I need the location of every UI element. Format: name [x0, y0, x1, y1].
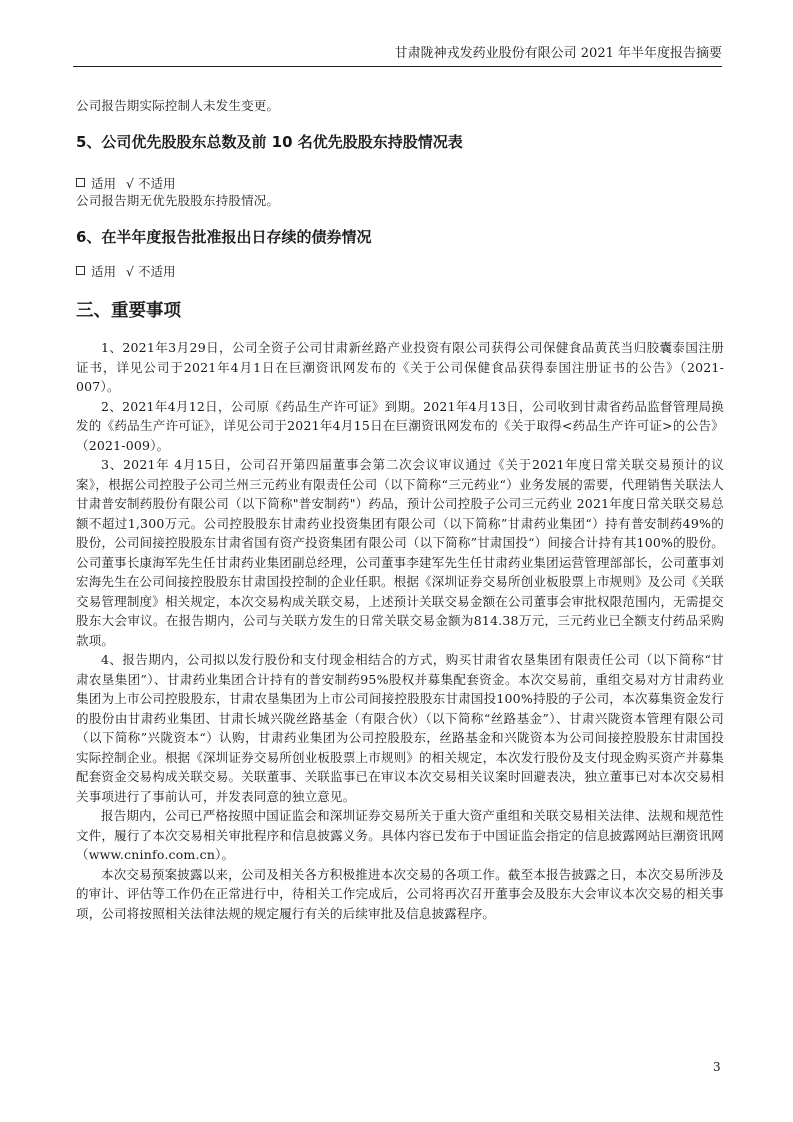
page-number: 3 [713, 1060, 721, 1074]
intro-text: 公司报告期实际控制人未发生变更。 [76, 96, 724, 116]
section-6-applicability: 适用 √ 不适用 [76, 262, 724, 281]
paragraph-6: 本次交易预案披露以来，公司及相关各方积极推进本次交易的各项工作。截至本报告披露之… [76, 865, 724, 924]
check-mark-icon: √ [126, 264, 134, 279]
unchecked-box-icon [76, 178, 85, 187]
paragraph-2: 2、2021年4月12日，公司原《药品生产许可证》到期。2021年4月13日，公… [76, 397, 724, 456]
not-applicable-label: 不适用 [138, 264, 176, 279]
paragraph-1: 1、2021年3月29日，公司全资子公司甘肃新丝路产业投资有限公司获得公司保健食… [76, 338, 724, 397]
section-6-heading: 6、在半年度报告批准报出日存续的债券情况 [76, 226, 371, 247]
check-mark-icon: √ [126, 176, 134, 191]
major-section-heading: 三、重要事项 [76, 297, 181, 322]
unchecked-box-icon [76, 266, 85, 275]
paragraph-3: 3、2021年 4月15日，公司召开第四届董事会第二次会议审议通过《关于2021… [76, 455, 724, 650]
paragraph-4: 4、报告期内，公司拟以发行股份和支付现金相结合的方式，购买甘肃省农垦集团有限责任… [76, 650, 724, 806]
applicable-label: 适用 [91, 264, 116, 279]
header-title: 甘肃陇神戎发药业股份有限公司 2021 年半年度报告摘要 [395, 46, 722, 61]
section-5-heading: 5、公司优先股股东总数及前 10 名优先股股东持股情况表 [76, 131, 463, 152]
major-section-body: 1、2021年3月29日，公司全资子公司甘肃新丝路产业投资有限公司获得公司保健食… [76, 338, 724, 923]
paragraph-5: 报告期内，公司已严格按照中国证监会和深圳证券交易所关于重大资产重组和关联交易相关… [76, 806, 724, 865]
not-applicable-label: 不适用 [138, 176, 176, 191]
applicable-label: 适用 [91, 176, 116, 191]
page-header: 甘肃陇神戎发药业股份有限公司 2021 年半年度报告摘要 [73, 44, 722, 67]
section-5-note: 公司报告期无优先股股东持股情况。 [76, 191, 724, 211]
